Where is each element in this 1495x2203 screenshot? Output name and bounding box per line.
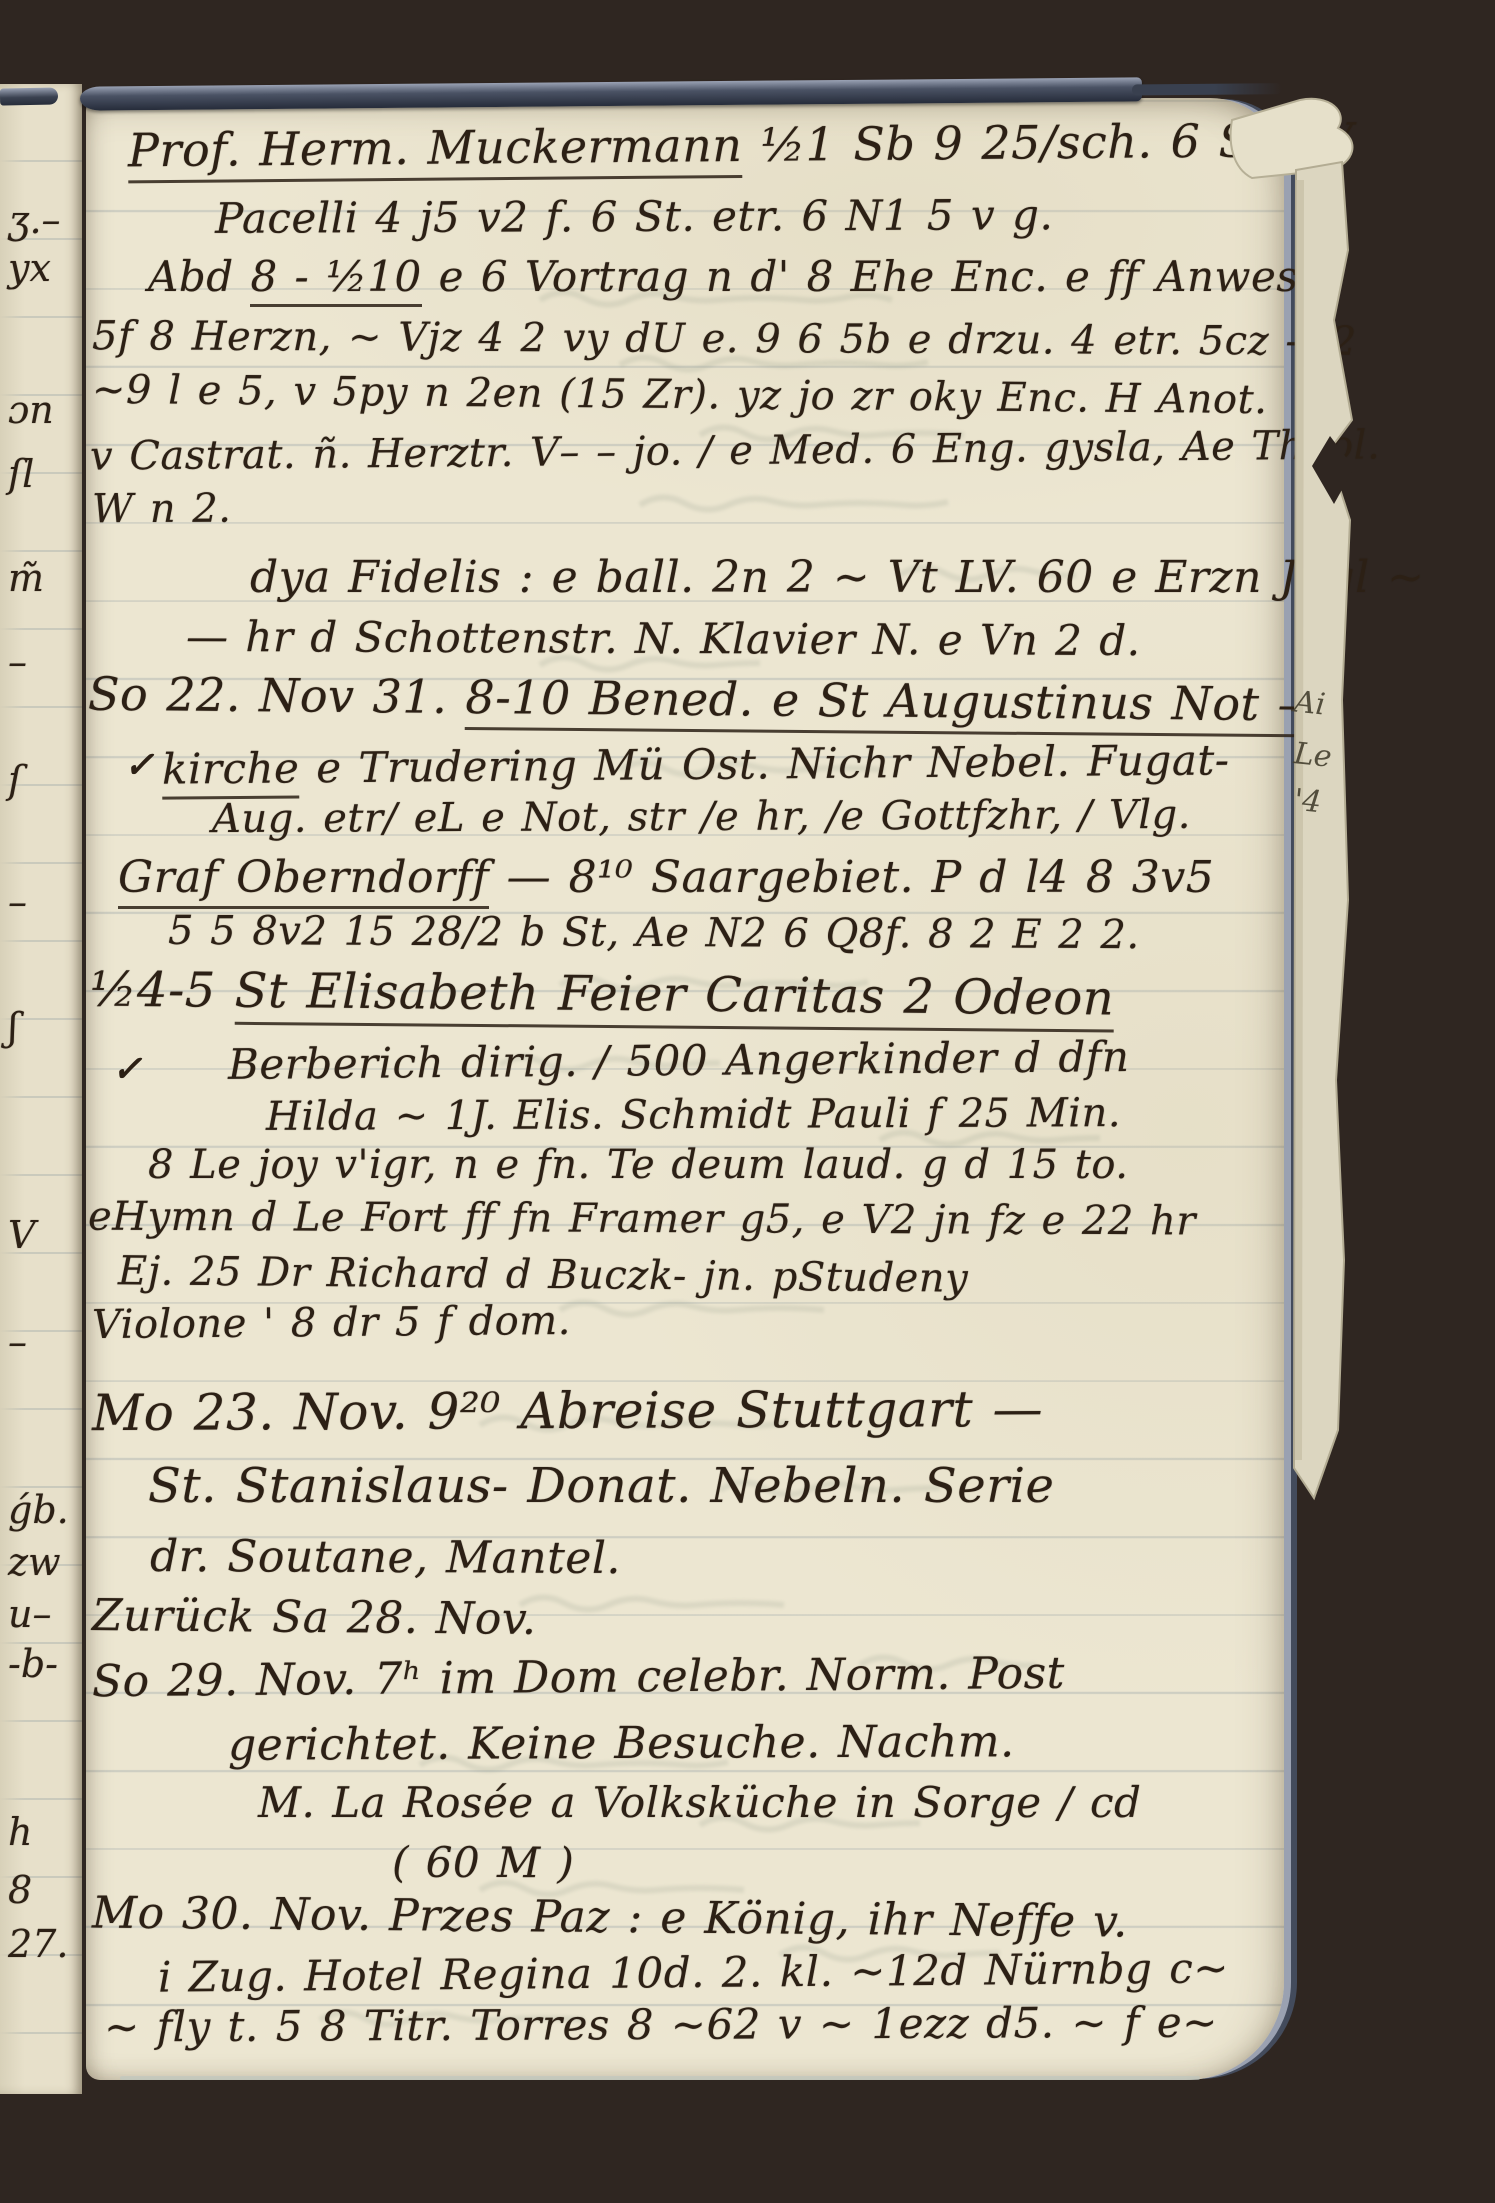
stub-text-fragment: Le bbox=[1292, 736, 1333, 775]
handwriting-line: So 22. Nov 31. 8-10 Bened. e St Augustin… bbox=[88, 667, 1302, 732]
underlined-heading-text: Graf Oberndorff bbox=[118, 852, 489, 909]
handwriting-text: dya Fidelis : e ball. 2n 2 ~ Vt LV. 60 e… bbox=[250, 552, 1425, 603]
page-bottom-edge bbox=[120, 2076, 1200, 2080]
handwriting-line: W n 2. bbox=[92, 486, 232, 533]
handwriting-line: Abd 8 - ½10 e 6 Vortrag n d' 8 Ehe Enc. … bbox=[148, 252, 1312, 301]
handwriting-line: ( 60 M ) bbox=[392, 1838, 574, 1888]
previous-page-text-fragment: ɔn bbox=[8, 388, 54, 432]
handwriting-text: Hilda ~ 1J. Elis. Schmidt Pauli f 25 Min… bbox=[266, 1090, 1121, 1140]
handwriting-line: v Castrat. ñ. Herztr. V– – jo. / e Med. … bbox=[90, 422, 1381, 479]
previous-page-text-fragment: – bbox=[8, 1320, 27, 1364]
handwriting-line: ~ fly t. 5 8 Titr. Torres 8 ~62 v ~ 1ezz… bbox=[104, 1998, 1218, 2052]
handwriting-text: ( 60 M ) bbox=[392, 1838, 574, 1888]
previous-page-text-fragment: – bbox=[8, 640, 27, 684]
underlined-heading-text: 8-10 Bened. e St Augustinus Not – bbox=[465, 670, 1301, 737]
handwriting-text: Aug. etr/ eL e Not, str /e hr, /e Gottfz… bbox=[212, 792, 1191, 842]
previous-page-text-fragment: ſ bbox=[8, 758, 22, 802]
handwriting-text: i Zug. Hotel Regina 10d. 2. kl. ~12d Nür… bbox=[158, 1943, 1229, 2001]
handwriting-text: So 29. Nov. 7ʰ im Dom celebr. Norm. Post bbox=[92, 1648, 1065, 1707]
handwriting-line: i Zug. Hotel Regina 10d. 2. kl. ~12d Nür… bbox=[158, 1943, 1229, 2001]
handwriting-line: Mo 30. Nov. Przes Paz : e König, ihr Nef… bbox=[92, 1887, 1128, 1947]
handwriting-text: 5f 8 Herzn, ~ Vjz 4 2 vy dU e. 9 6 5b e … bbox=[92, 313, 1357, 365]
handwriting-text: St. Stanislaus- Donat. Nebeln. Serie bbox=[148, 1458, 1054, 1514]
handwriting-text: — 8¹⁰ Saargebiet. P d l4 8 3v5 bbox=[489, 852, 1214, 903]
notebook-page: Prof. Herm. Muckermann ½1 Sb 9 25/sch. 6… bbox=[86, 98, 1284, 2080]
stub-shading bbox=[1295, 180, 1304, 1460]
handwriting-text: So 22. Nov 31. bbox=[88, 667, 466, 724]
handwriting-line: Zurück Sa 28. Nov. bbox=[92, 1590, 537, 1645]
handwriting-text: e 6 Vortrag n d' 8 Ehe Enc. e ff Anwes. bbox=[422, 252, 1313, 301]
previous-page-text-fragment: ʃ bbox=[8, 1005, 18, 1049]
handwriting-line: Berberich dirig. / 500 Angerkinder d dfn bbox=[228, 1032, 1130, 1089]
handwriting-line: Prof. Herm. Muckermann ½1 Sb 9 25/sch. 6… bbox=[128, 113, 1354, 178]
handwriting-text: 8 Le joy v'igr, n e fn. Te deum laud. g … bbox=[148, 1142, 1128, 1188]
previous-page-text-fragment: h bbox=[8, 1810, 32, 1854]
handwriting-text: Mo 30. Nov. Przes Paz : e König, ihr Nef… bbox=[92, 1887, 1128, 1947]
handwriting-line: Hilda ~ 1J. Elis. Schmidt Pauli f 25 Min… bbox=[266, 1090, 1121, 1140]
previous-page-text-fragment: V bbox=[8, 1213, 35, 1257]
previous-page-text-fragment: u– bbox=[8, 1592, 51, 1636]
underlined-heading-text: 8 - ½10 bbox=[250, 252, 421, 307]
handwriting-line: — hr d Schottenstr. N. Klavier N. e Vn 2… bbox=[186, 612, 1141, 665]
handwriting-line: Ej. 25 Dr Richard d Buczk- jn. pStudeny bbox=[118, 1248, 969, 1301]
handwriting-text: M. La Rosée a Volksküche in Sorge / cd bbox=[258, 1778, 1141, 1827]
handwriting-text: Zurück Sa 28. Nov. bbox=[92, 1590, 537, 1645]
handwriting-text: e Trudering Mü Ost. Nichr Nebel. Fugat- bbox=[299, 735, 1229, 792]
previous-page-text-fragment: 27. bbox=[8, 1922, 68, 1966]
handwriting-line: M. La Rosée a Volksküche in Sorge / cd bbox=[258, 1778, 1141, 1827]
previous-page-top-edge bbox=[0, 87, 58, 105]
margin-check: ✓ bbox=[124, 744, 154, 786]
handwriting-text: gerichtet. Keine Besuche. Nachm. bbox=[228, 1716, 1015, 1770]
handwriting-line: eHymn d Le Fort ff fn Framer g5, e V2 jn… bbox=[88, 1194, 1196, 1245]
handwriting-text: Violone ' 8 dr 5 f dom. bbox=[92, 1298, 571, 1348]
previous-page-text-fragment: ʒ.– bbox=[8, 198, 61, 242]
previous-page-text-fragment: m̃ bbox=[8, 556, 44, 600]
handwriting-text: Pacelli 4 j5 v2 f. 6 St. etr. 6 N1 5 v g… bbox=[215, 190, 1053, 243]
handwriting-text: v Castrat. ñ. Herztr. V– – jo. / e Med. … bbox=[90, 422, 1381, 479]
handwriting-text: — hr d Schottenstr. N. Klavier N. e Vn 2… bbox=[186, 612, 1141, 665]
handwriting-line: 5f 8 Herzn, ~ Vjz 4 2 vy dU e. 9 6 5b e … bbox=[92, 313, 1357, 365]
handwriting-line: Mo 23. Nov. 9²⁰ Abreise Stuttgart — bbox=[92, 1380, 1043, 1442]
handwriting-line: kirche e Trudering Mü Ost. Nichr Nebel. … bbox=[162, 735, 1230, 793]
handwriting-line: St. Stanislaus- Donat. Nebeln. Serie bbox=[148, 1458, 1054, 1514]
handwriting-text: Berberich dirig. / 500 Angerkinder d dfn bbox=[228, 1032, 1130, 1089]
previous-page-text-fragment: ſl bbox=[8, 452, 34, 496]
previous-page-text-fragment: 8 bbox=[8, 1868, 32, 1912]
handwriting-text: Ej. 25 Dr Richard d Buczk- jn. pStudeny bbox=[118, 1248, 969, 1301]
handwriting-text: Mo 23. Nov. 9²⁰ Abreise Stuttgart — bbox=[92, 1380, 1043, 1442]
handwriting-line: So 29. Nov. 7ʰ im Dom celebr. Norm. Post bbox=[92, 1648, 1065, 1707]
handwriting-line: Pacelli 4 j5 v2 f. 6 St. etr. 6 N1 5 v g… bbox=[215, 190, 1053, 243]
handwriting-text: ½1 Sb 9 25/sch. 6 St SV bbox=[742, 113, 1354, 172]
stub-text-fragment: Ai bbox=[1292, 684, 1327, 722]
handwriting-text: 5 5 8v2 15 28/2 b St, Ae N2 6 Q8f. 8 2 E… bbox=[168, 908, 1140, 958]
handwriting-line: 5 5 8v2 15 28/2 b St, Ae N2 6 Q8f. 8 2 E… bbox=[168, 908, 1140, 958]
previous-page-text-fragment: ǵb. bbox=[8, 1488, 69, 1532]
handwriting-text: eHymn d Le Fort ff fn Framer g5, e V2 jn… bbox=[88, 1194, 1196, 1245]
previous-page-edge: ʒ.–yxɔnſlm̃–ſ–ʃV–ǵb.zwu–-b-h827. bbox=[0, 84, 82, 2094]
handwriting-text: ~9 l e 5, v 5py n 2en (15 Zr). yz jo zr … bbox=[92, 367, 1268, 423]
handwriting-line: ~9 l e 5, v 5py n 2en (15 Zr). yz jo zr … bbox=[92, 367, 1268, 423]
handwriting-text: W n 2. bbox=[92, 486, 232, 533]
handwriting-line: gerichtet. Keine Besuche. Nachm. bbox=[228, 1716, 1015, 1770]
handwriting-line: Graf Oberndorff — 8¹⁰ Saargebiet. P d l4… bbox=[118, 852, 1214, 903]
handwriting-text: Abd bbox=[148, 252, 250, 301]
handwriting-line: Violone ' 8 dr 5 f dom. bbox=[92, 1298, 571, 1348]
handwriting-line: dr. Soutane, Mantel. bbox=[150, 1531, 621, 1584]
stub-text-fragment: '4 bbox=[1292, 783, 1323, 821]
previous-page-text-fragment: -b- bbox=[8, 1642, 58, 1686]
underlined-heading-text: Prof. Herm. Muckermann bbox=[128, 118, 743, 183]
handwriting-line: ½4-5 St Elisabeth Feier Caritas 2 Odeon bbox=[90, 962, 1115, 1027]
previous-page-text-fragment: zw bbox=[8, 1540, 61, 1584]
previous-page-text-fragment: – bbox=[8, 880, 27, 924]
handwriting-text: ½4-5 bbox=[90, 962, 235, 1019]
handwriting-text: dr. Soutane, Mantel. bbox=[150, 1531, 621, 1584]
handwriting-line: Aug. etr/ eL e Not, str /e hr, /e Gottfz… bbox=[212, 792, 1191, 842]
underlined-heading-text: St Elisabeth Feier Caritas 2 Odeon bbox=[234, 963, 1114, 1033]
margin-check: ✓ bbox=[112, 1048, 142, 1090]
underlined-heading-text: kirche bbox=[162, 743, 300, 799]
handwriting-text: ~ fly t. 5 8 Titr. Torres 8 ~62 v ~ 1ezz… bbox=[104, 1998, 1218, 2052]
handwriting-line: dya Fidelis : e ball. 2n 2 ~ Vt LV. 60 e… bbox=[250, 552, 1425, 603]
previous-page-text-fragment: yx bbox=[8, 246, 51, 290]
handwriting-line: 8 Le joy v'igr, n e fn. Te deum laud. g … bbox=[148, 1142, 1128, 1188]
photo-background: ʒ.–yxɔnſlm̃–ſ–ʃV–ǵb.zwu–-b-h827. bbox=[0, 0, 1495, 2203]
